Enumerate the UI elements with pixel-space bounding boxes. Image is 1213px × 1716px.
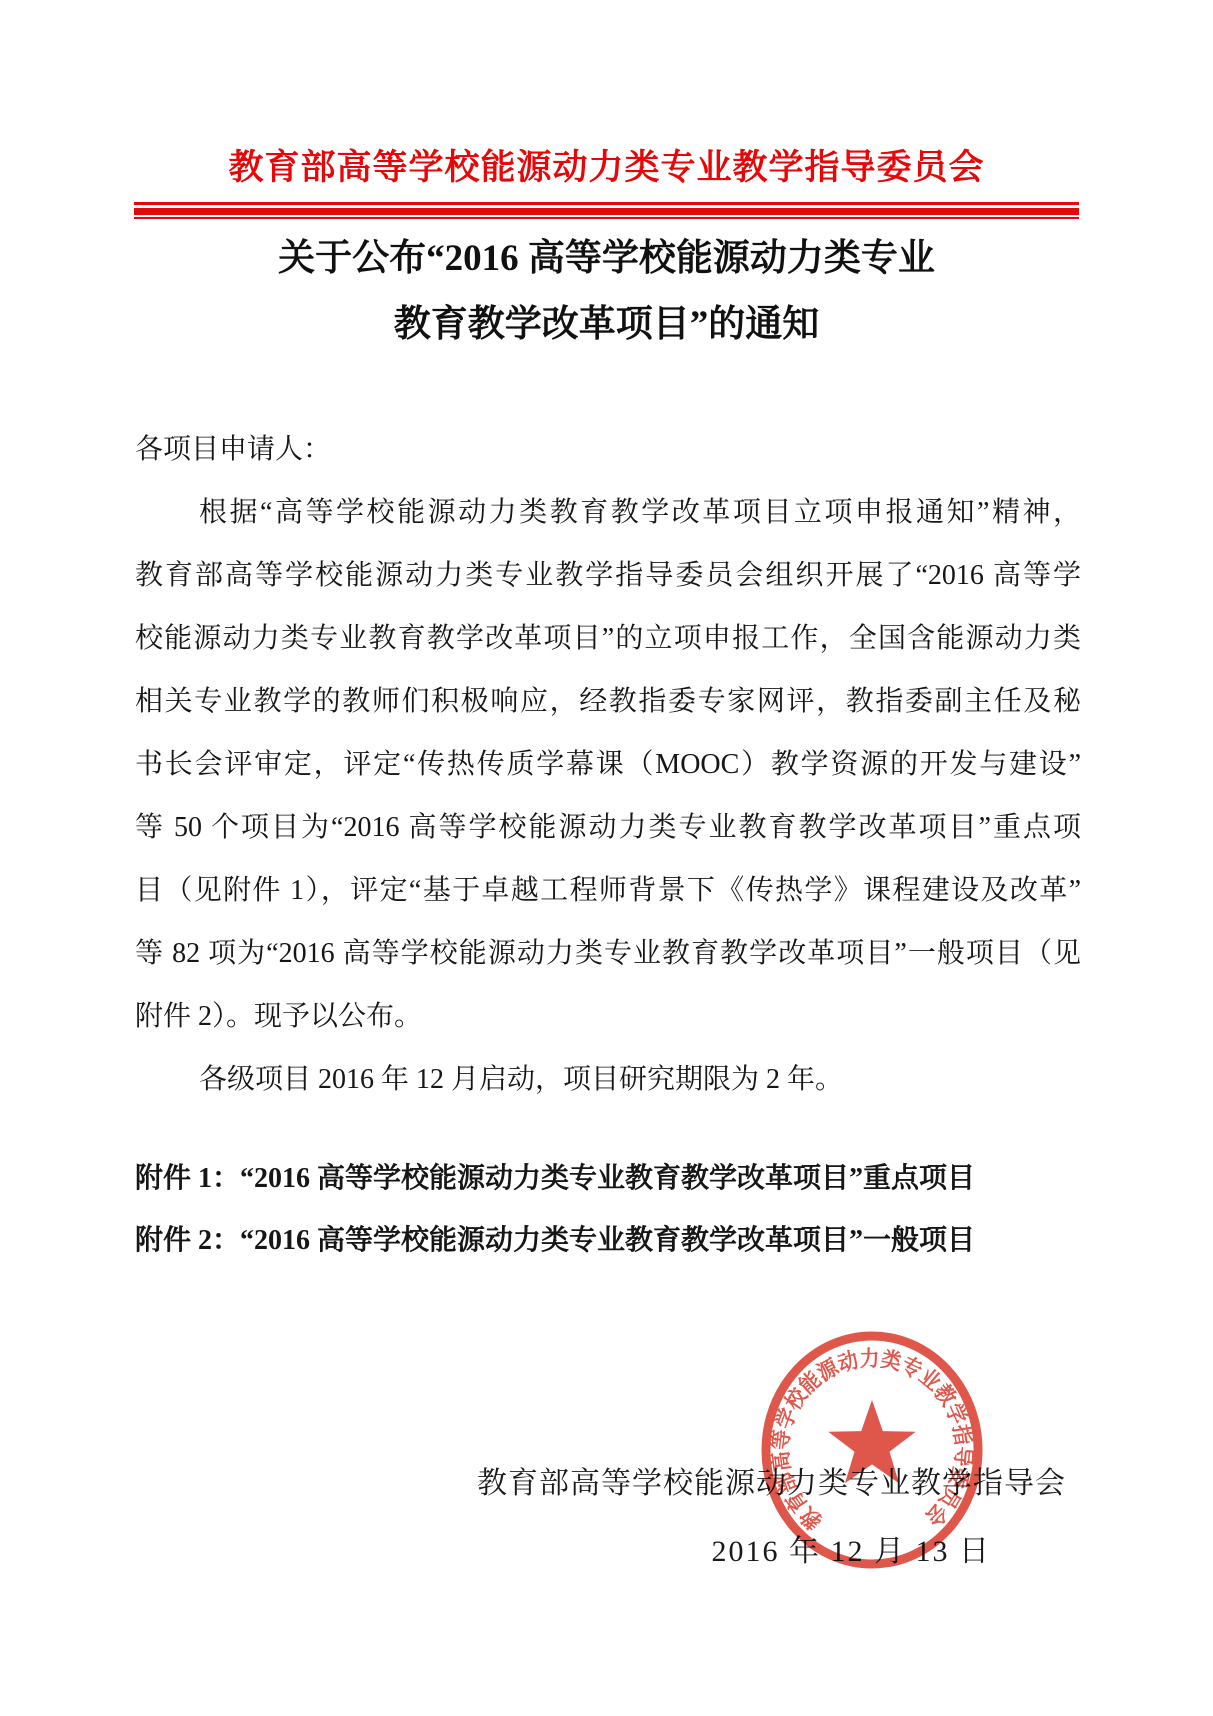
star-icon bbox=[828, 1400, 915, 1483]
header-divider-rule bbox=[134, 202, 1079, 219]
body-line: 教育部高等学校能源动力类专业教学指导委员会组织开展了“2016 高等学 bbox=[135, 544, 1081, 607]
attachments-list: 附件 1：“2016 高等学校能源动力类专业教育教学改革项目”重点项目 附件 2… bbox=[135, 1148, 1081, 1272]
notice-document-page: 教育部高等学校能源动力类专业教学指导委员会 关于公布“2016 高等学校能源动力… bbox=[0, 0, 1213, 1716]
body-line: 相关专业教学的教师们积极响应，经教指委专家网评，教指委副主任及秘 bbox=[135, 670, 1081, 733]
body-line: 书长会评审定，评定“传热传质学幕课（MOOC）教学资源的开发与建设” bbox=[135, 733, 1081, 796]
body-line: 校能源动力类专业教育教学改革项目”的立项申报工作，全国含能源动力类 bbox=[135, 607, 1081, 670]
body-line: 根据“高等学校能源动力类教育教学改革项目立项申报通知”精神， bbox=[135, 481, 1081, 544]
salutation-line: 各项目申请人： bbox=[135, 418, 1081, 481]
issuing-org-header: 教育部高等学校能源动力类专业教学指导委员会 bbox=[0, 140, 1213, 190]
notice-body: 各项目申请人： 根据“高等学校能源动力类教育教学改革项目立项申报通知”精神， 教… bbox=[135, 418, 1081, 1111]
body-line: 等 50 个项目为“2016 高等学校能源动力类专业教育教学改革项目”重点项 bbox=[135, 796, 1081, 859]
body-line: 等 82 项为“2016 高等学校能源动力类专业教育教学改革项目”一般项目（见 bbox=[135, 922, 1081, 985]
document-title-line-2: 教育教学改革项目”的通知 bbox=[0, 292, 1213, 358]
attachment-item-2: 附件 2：“2016 高等学校能源动力类专业教育教学改革项目”一般项目 bbox=[135, 1210, 1081, 1272]
body-line: 附件 2）。现予以公布。 bbox=[135, 985, 1081, 1048]
body-line: 目（见附件 1），评定“基于卓越工程师背景下《传热学》课程建设及改革” bbox=[135, 859, 1081, 922]
body-line: 各级项目 2016 年 12 月启动，项目研究期限为 2 年。 bbox=[135, 1048, 1081, 1111]
document-title: 关于公布“2016 高等学校能源动力类专业 教育教学改革项目”的通知 bbox=[0, 226, 1213, 358]
attachment-item-1: 附件 1：“2016 高等学校能源动力类专业教育教学改革项目”重点项目 bbox=[135, 1148, 1081, 1210]
official-seal: 教育部高等学校能源动力类专业教学指导委员会 bbox=[756, 1326, 988, 1578]
document-title-line-1: 关于公布“2016 高等学校能源动力类专业 bbox=[0, 226, 1213, 292]
